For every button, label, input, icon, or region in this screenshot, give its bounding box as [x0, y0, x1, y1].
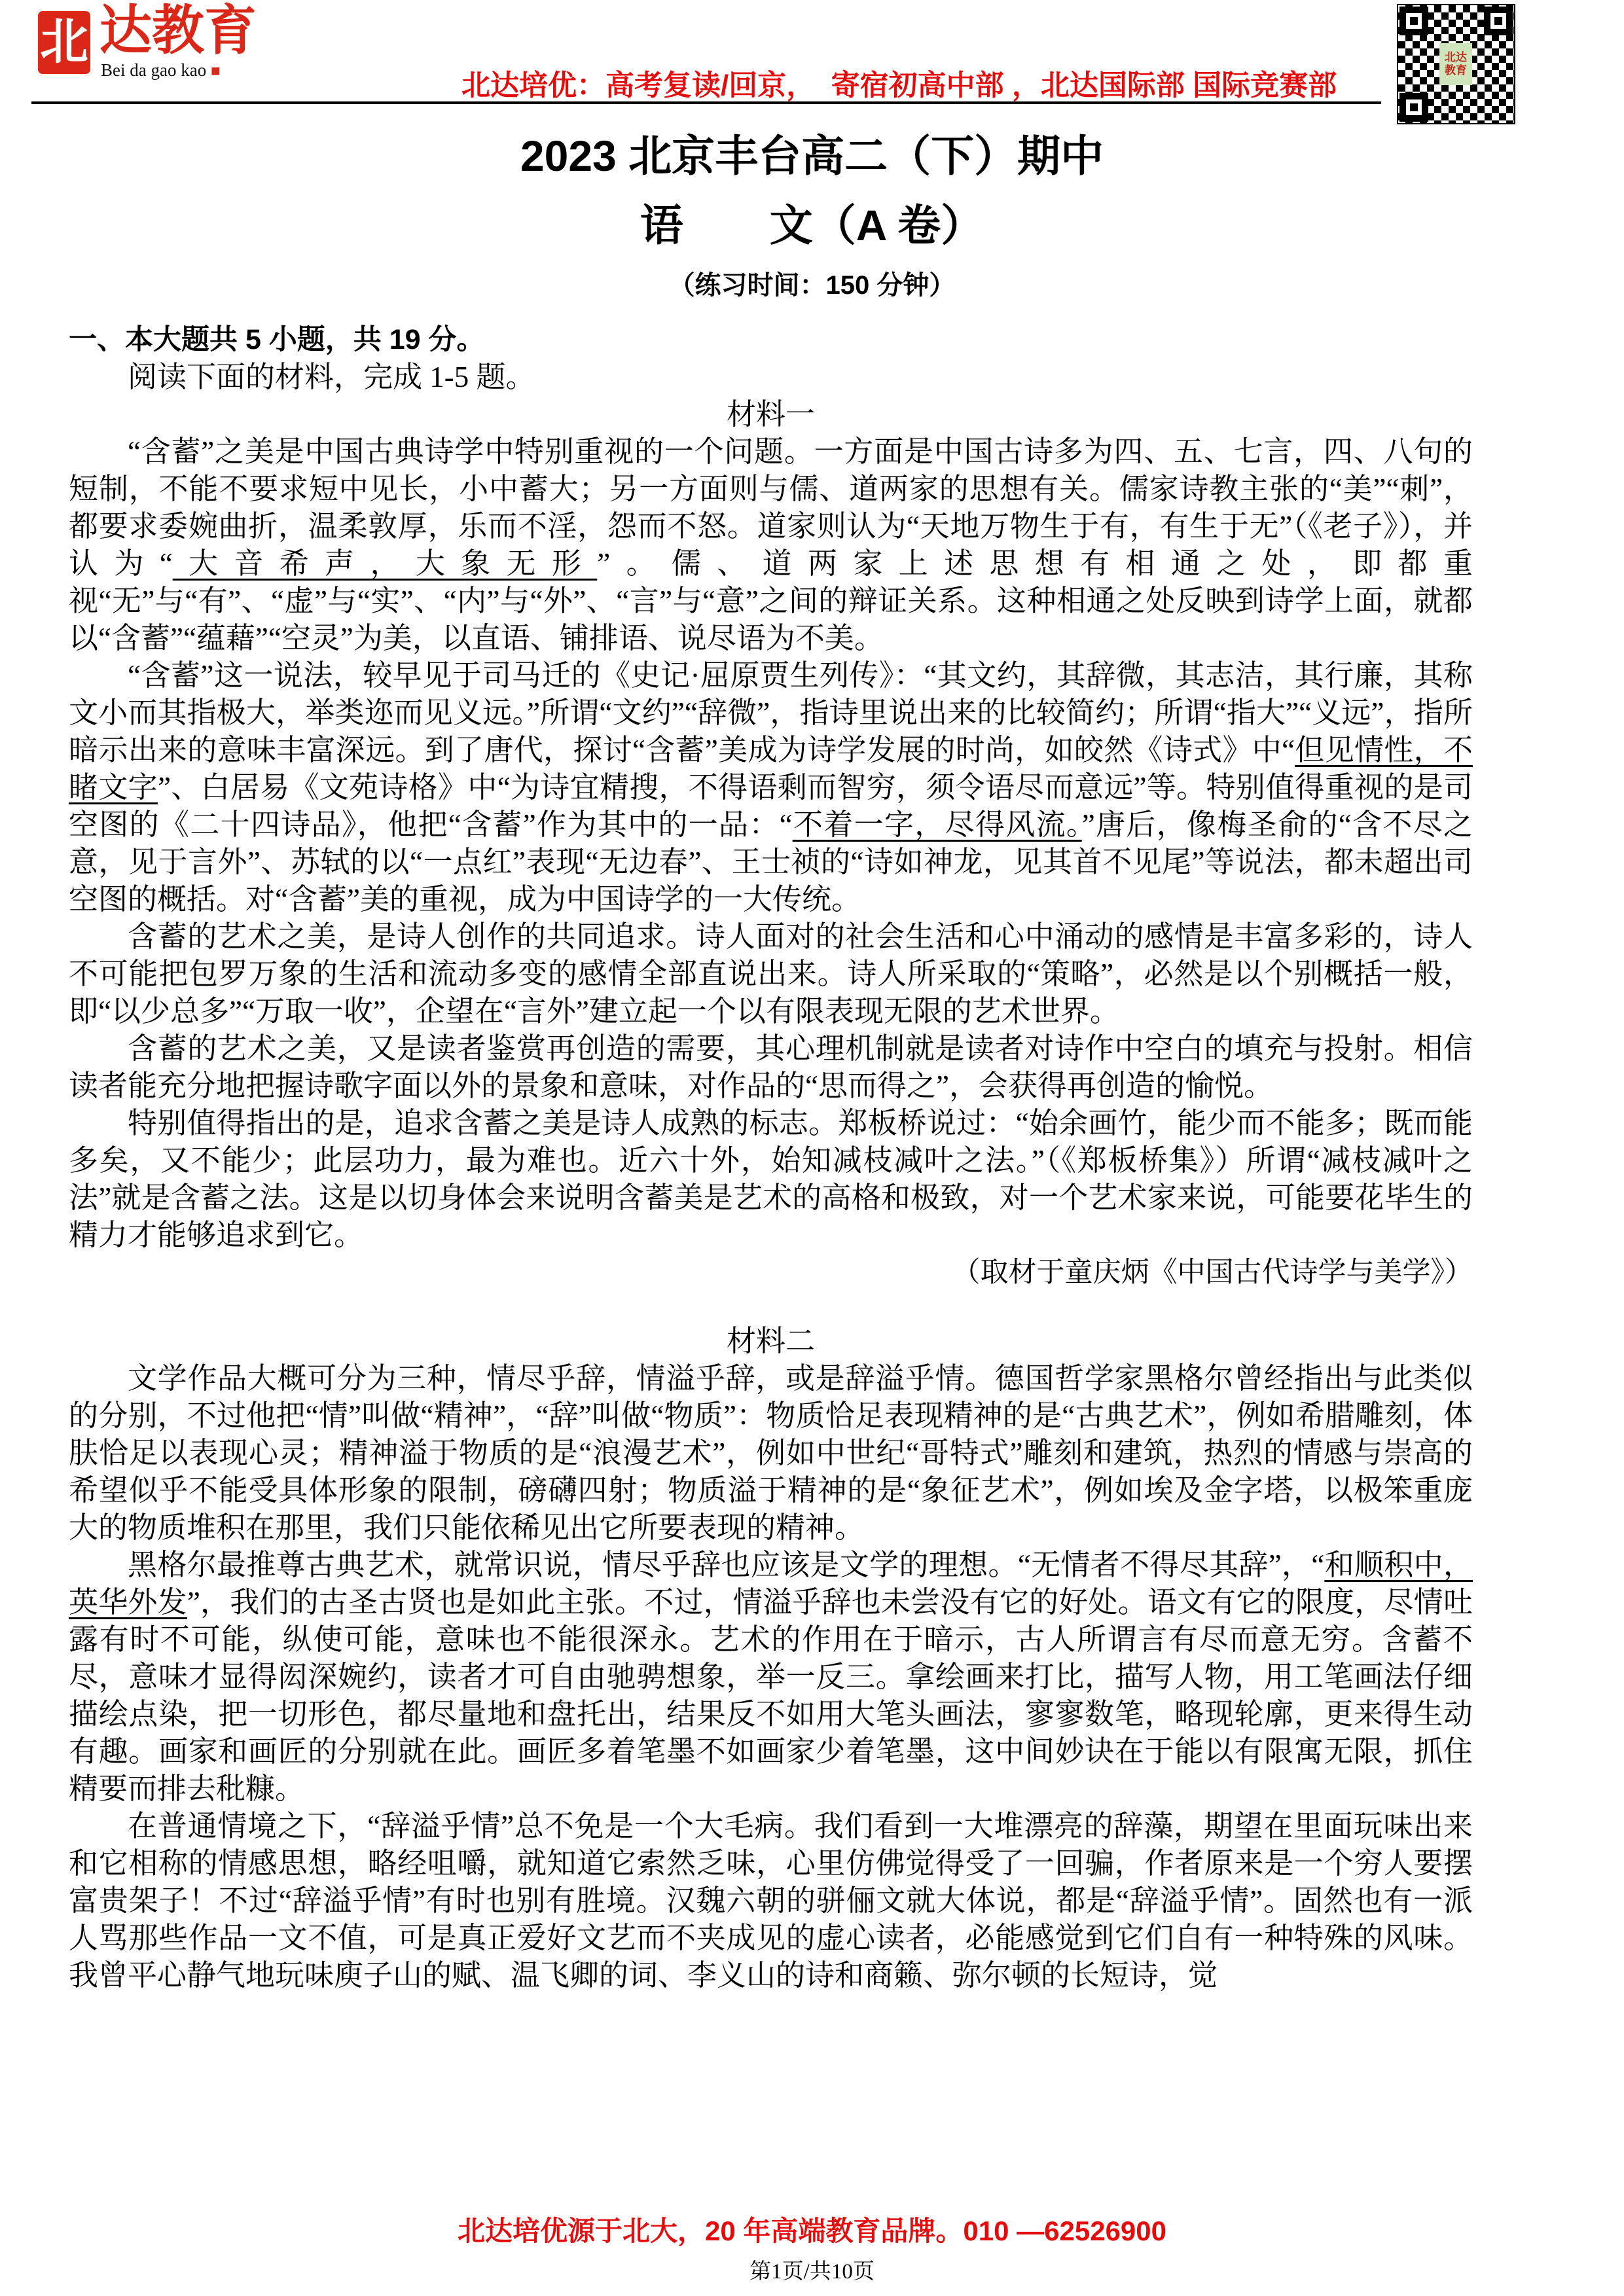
paragraph: 在普通情境之下，“辞溢乎情”总不免是一个大毛病。我们看到一大堆漂亮的辞藻，期望在… — [69, 1808, 1473, 1994]
qr-finder-icon — [1484, 7, 1513, 35]
subject-title: 语 文（A 卷） — [0, 194, 1624, 257]
material-one-paragraphs: “含蓄”之美是中国古典诗学中特别重视的一个问题。一方面是中国古诗多为四、五、七言… — [69, 433, 1473, 1254]
paragraph: “含蓄”这一说法，较早见于司马迁的《史记·屈原贾生列传》：“其文约，其辞微，其志… — [69, 657, 1473, 918]
material-one-source: （取材于童庆炳《中国古代诗学与美学》） — [69, 1254, 1473, 1291]
qr-finder-icon — [1399, 93, 1428, 122]
brand-seal-char: 北 — [40, 18, 88, 67]
qr-finder-icon — [1399, 7, 1428, 35]
material-one-label: 材料一 — [69, 396, 1473, 433]
section-intro: 阅读下面的材料，完成 1-5 题。 — [69, 359, 1473, 396]
exam-title: 2023 北京丰台高二（下）期中 — [0, 124, 1624, 187]
material-two-label: 材料二 — [69, 1323, 1473, 1360]
paragraph: 含蓄的艺术之美，又是读者鉴赏再创造的需要，其心理机制就是读者对诗作中空白的填充与… — [69, 1030, 1473, 1105]
section-heading: 一、本大题共 5 小题，共 19 分。 — [69, 321, 1473, 359]
document-content: 2023 北京丰台高二（下）期中 语 文（A 卷） （练习时间：150 分钟） … — [0, 124, 1624, 1994]
exam-duration: （练习时间：150 分钟） — [0, 267, 1624, 304]
exam-page: 北 达教育 Bei da gao kao ■ 北达培优：高考复读/回京， 寄宿初… — [0, 0, 1624, 2296]
brand-seal-logo: 北 — [36, 9, 92, 76]
paragraph: 特别值得指出的是，追求含蓄之美是诗人成熟的标志。郑板桥说过：“始余画竹，能少而不… — [69, 1105, 1473, 1254]
brand-subtitle: Bei da gao kao ■ — [101, 60, 220, 81]
brand-red-square-icon: ■ — [211, 63, 221, 80]
qr-center-logo: 北达教育 — [1439, 43, 1472, 85]
paragraph: 含蓄的艺术之美，是诗人创作的共同追求。诗人面对的社会生活和心中涌动的感情是丰富多… — [69, 918, 1473, 1030]
qr-code: 北达教育 — [1398, 5, 1514, 123]
footer-promo: 北达培优源于北大，20 年高端教育品牌。010 —62526900 — [0, 2210, 1624, 2249]
text-block: 一、本大题共 5 小题，共 19 分。 阅读下面的材料，完成 1-5 题。 材料… — [69, 321, 1473, 1994]
page-indicator: 第1页/共10页 — [0, 2254, 1624, 2285]
paragraph: “含蓄”之美是中国古典诗学中特别重视的一个问题。一方面是中国古诗多为四、五、七言… — [69, 433, 1473, 657]
paragraph: 黑格尔最推尊古典艺术，就常识说，情尽乎辞也应该是文学的理想。“无情者不得尽其辞”… — [69, 1547, 1473, 1808]
header-tagline: 北达培优：高考复读/回京， 寄宿初高中部 ，北达国际部 国际竞赛部 — [461, 62, 1337, 103]
material-two-paragraphs: 文学作品大概可分为三种，情尽乎辞，情溢乎辞，或是辞溢乎情。德国哲学家黑格尔曾经指… — [69, 1360, 1473, 1994]
brand-name: 达教育 — [99, 0, 257, 63]
paragraph: 文学作品大概可分为三种，情尽乎辞，情溢乎辞，或是辞溢乎情。德国哲学家黑格尔曾经指… — [69, 1360, 1473, 1547]
header-divider — [31, 101, 1381, 104]
